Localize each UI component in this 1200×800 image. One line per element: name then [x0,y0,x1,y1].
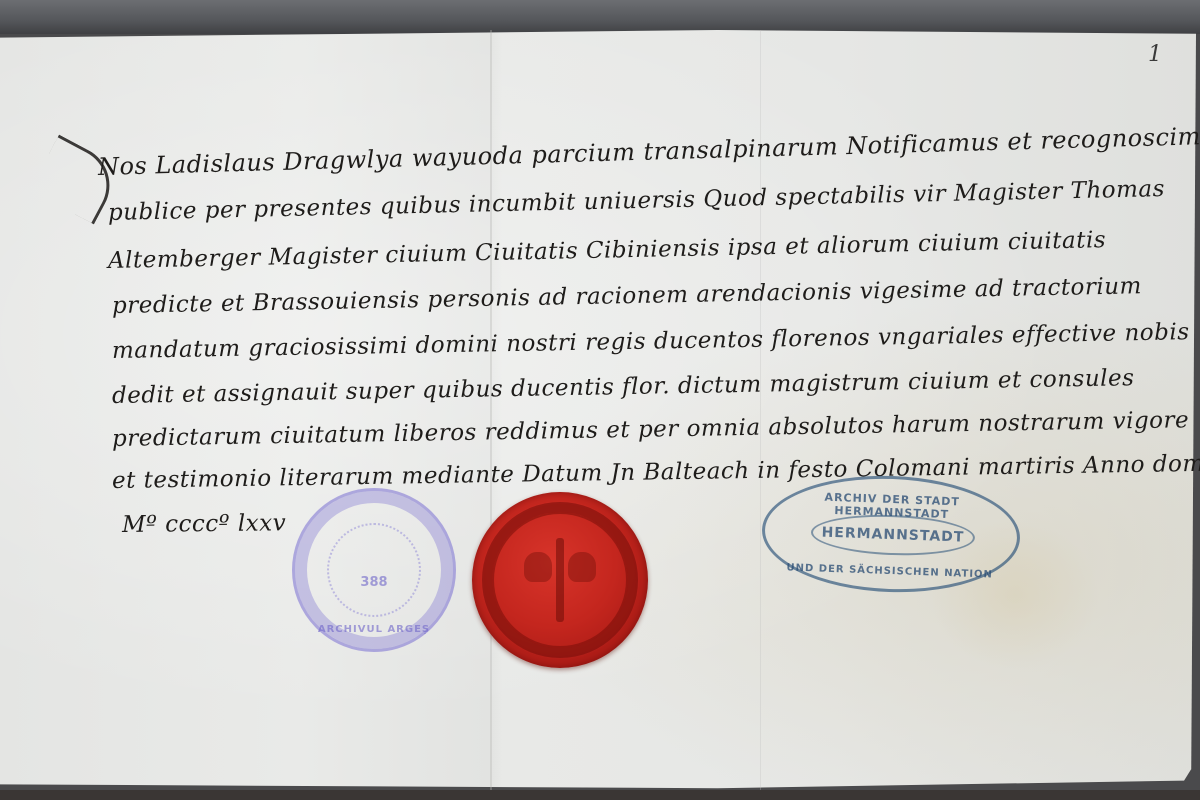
table-surface-bottom [0,790,1200,800]
table-surface-top [0,0,1200,34]
seal-ring [492,512,628,648]
folio-number: 1 [1148,42,1162,67]
seal-emblem-icon [556,538,564,622]
stamp-ring-text: ARCHIVUL ARGEȘ [295,624,453,635]
stamp-crest-icon: 388 [327,523,421,617]
red-wax-seal [472,492,648,668]
text-line-date: Mº ccccº lxxv [122,510,286,538]
stamp-number: 388 [360,575,387,590]
purple-archive-stamp: 388 ARCHIVUL ARGEȘ [292,488,456,652]
